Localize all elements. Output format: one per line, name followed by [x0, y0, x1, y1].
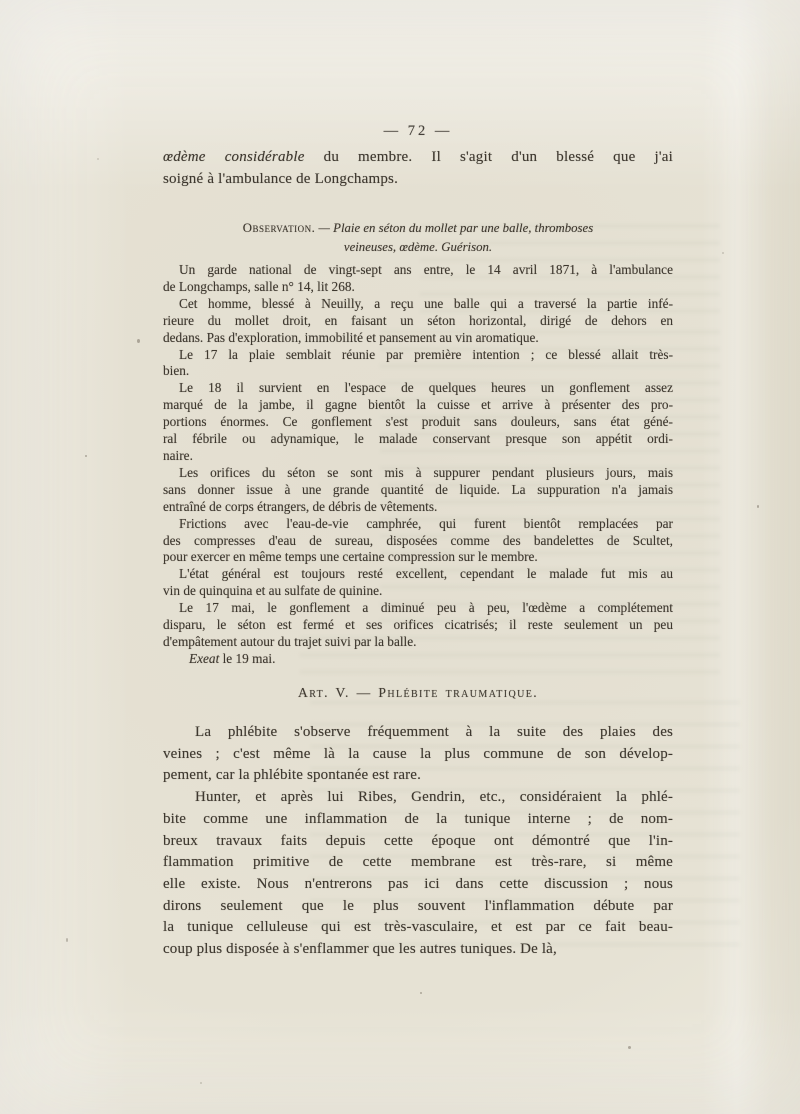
- text-line: de Longchamps, salle n° 14, lit 268.: [163, 279, 673, 296]
- case-report: Un garde national de vingt-sept ans entr…: [163, 262, 673, 668]
- article-heading: Art. V. — Phlébite traumatique.: [163, 685, 673, 701]
- text-line: Le 18 il survient en l'espace de quelque…: [163, 380, 673, 397]
- text-line: elle existe. Nous n'entrerons pas ici da…: [163, 874, 673, 896]
- observation-title-line1: Plaie en séton du mollet par une balle, …: [333, 221, 593, 235]
- text-line: Hunter, et après lui Ribes, Gendrin, etc…: [163, 787, 673, 809]
- intro-line1-rest: du membre. Il s'agit d'un blessé que j'a…: [305, 149, 673, 165]
- text-line: la tunique celluleuse qui est très-vascu…: [163, 917, 673, 939]
- text-line: pour exercer en même temps une certaine …: [163, 549, 673, 566]
- text-line: ral fébrile ou adynamique, le malade con…: [163, 431, 673, 448]
- text-line: La phlébite s'observe fréquemment à la s…: [163, 722, 673, 744]
- paragraph: Les orifices du séton se sont mis à supp…: [163, 465, 673, 516]
- paper-speck: [757, 505, 759, 508]
- text-line: Les orifices du séton se sont mis à supp…: [163, 465, 673, 482]
- text-line: Cet homme, blessé à Neuilly, a reçu une …: [163, 296, 673, 313]
- text-line: portions énormes. Ce gonflement s'est pr…: [163, 414, 673, 431]
- text-line: des compresses d'eau de sureau, disposée…: [163, 533, 673, 550]
- observation-label: Observation.: [243, 221, 316, 235]
- paragraph: Le 18 il survient en l'espace de quelque…: [163, 380, 673, 465]
- text-line: œdème considérable du membre. Il s'agit …: [163, 147, 673, 169]
- paper-speck: [85, 455, 87, 457]
- text-line: d'empâtement autour du trajet suivi par …: [163, 634, 673, 651]
- text-line: dedans. Pas d'exploration, immobilité et…: [163, 330, 673, 347]
- paper-speck: [66, 938, 68, 942]
- paragraph: Un garde national de vingt-sept ans entr…: [163, 262, 673, 296]
- text-line: L'état général est toujours resté excell…: [163, 566, 673, 583]
- text-line: rieure du mollet droit, en faisant un sé…: [163, 313, 673, 330]
- paragraph: Cet homme, blessé à Neuilly, a reçu une …: [163, 296, 673, 347]
- paper-speck: [722, 252, 724, 254]
- paragraph: Frictions avec l'eau-de-vie camphrée, qu…: [163, 516, 673, 567]
- paragraph: Hunter, et après lui Ribes, Gendrin, etc…: [163, 787, 673, 961]
- text-line: entraîné de corps étrangers, de débris d…: [163, 499, 673, 516]
- text-line: disparu, le séton est fermé et ses orifi…: [163, 617, 673, 634]
- paragraph: L'état général est toujours resté excell…: [163, 566, 673, 600]
- observation-separator: —: [315, 221, 333, 235]
- text-line: dirons seulement que le plus souvent l'i…: [163, 896, 673, 918]
- text-line: Un garde national de vingt-sept ans entr…: [163, 262, 673, 279]
- observation-heading-line2: veineuses, œdème. Guérison.: [163, 238, 673, 257]
- paragraph: Le 17 la plaie semblait réunie par premi…: [163, 347, 673, 381]
- exeat-line: Exeat le 19 mai.: [163, 651, 673, 668]
- observation-heading: Observation. — Plaie en séton du mollet …: [163, 219, 673, 257]
- text-line: Le 17 mai, le gonflement a diminué peu à…: [163, 600, 673, 617]
- paper-speck: [97, 158, 99, 160]
- intro-italic-lead: œdème considérable: [163, 149, 305, 165]
- text-line: flammation primitive de cette membrane e…: [163, 852, 673, 874]
- text-column: — 72 — œdème considérable du membre. Il …: [163, 0, 673, 1114]
- text-line: Le 17 la plaie semblait réunie par premi…: [163, 347, 673, 364]
- observation-heading-line1: Observation. — Plaie en séton du mollet …: [163, 219, 673, 238]
- text-line: marqué de la jambe, il gagne bientôt la …: [163, 397, 673, 414]
- text-line: pement, car la phlébite spontanée est ra…: [163, 765, 673, 787]
- text-line: bite comme une inflammation de la tuniqu…: [163, 809, 673, 831]
- case-report-paragraphs: Un garde national de vingt-sept ans entr…: [163, 262, 673, 651]
- text-line: coup plus disposée à s'enflammer que les…: [163, 939, 673, 961]
- scanned-book-page: — 72 — œdème considérable du membre. Il …: [0, 0, 800, 1114]
- text-line: bien.: [163, 363, 673, 380]
- page-number: — 72 —: [163, 123, 673, 140]
- text-line: vin de quinquina et au sulfate de quinin…: [163, 583, 673, 600]
- intro-paragraph: œdème considérable du membre. Il s'agit …: [163, 147, 673, 190]
- text-line: veines ; c'est même là la cause la plus …: [163, 744, 673, 766]
- paper-speck: [137, 339, 140, 343]
- paragraph: Le 17 mai, le gonflement a diminué peu à…: [163, 600, 673, 651]
- text-line: naire.: [163, 448, 673, 465]
- text-line: breux travaux faits depuis cette époque …: [163, 831, 673, 853]
- exeat-rest: le 19 mai.: [219, 651, 275, 666]
- paragraph: La phlébite s'observe fréquemment à la s…: [163, 722, 673, 787]
- exeat-word: Exeat: [189, 651, 219, 666]
- discussion-paragraphs: La phlébite s'observe fréquemment à la s…: [163, 722, 673, 961]
- text-line: sans donner issue à une grande quantité …: [163, 482, 673, 499]
- text-line: soigné à l'ambulance de Longchamps.: [163, 169, 673, 191]
- discussion: La phlébite s'observe fréquemment à la s…: [163, 722, 673, 961]
- text-line: Frictions avec l'eau-de-vie camphrée, qu…: [163, 516, 673, 533]
